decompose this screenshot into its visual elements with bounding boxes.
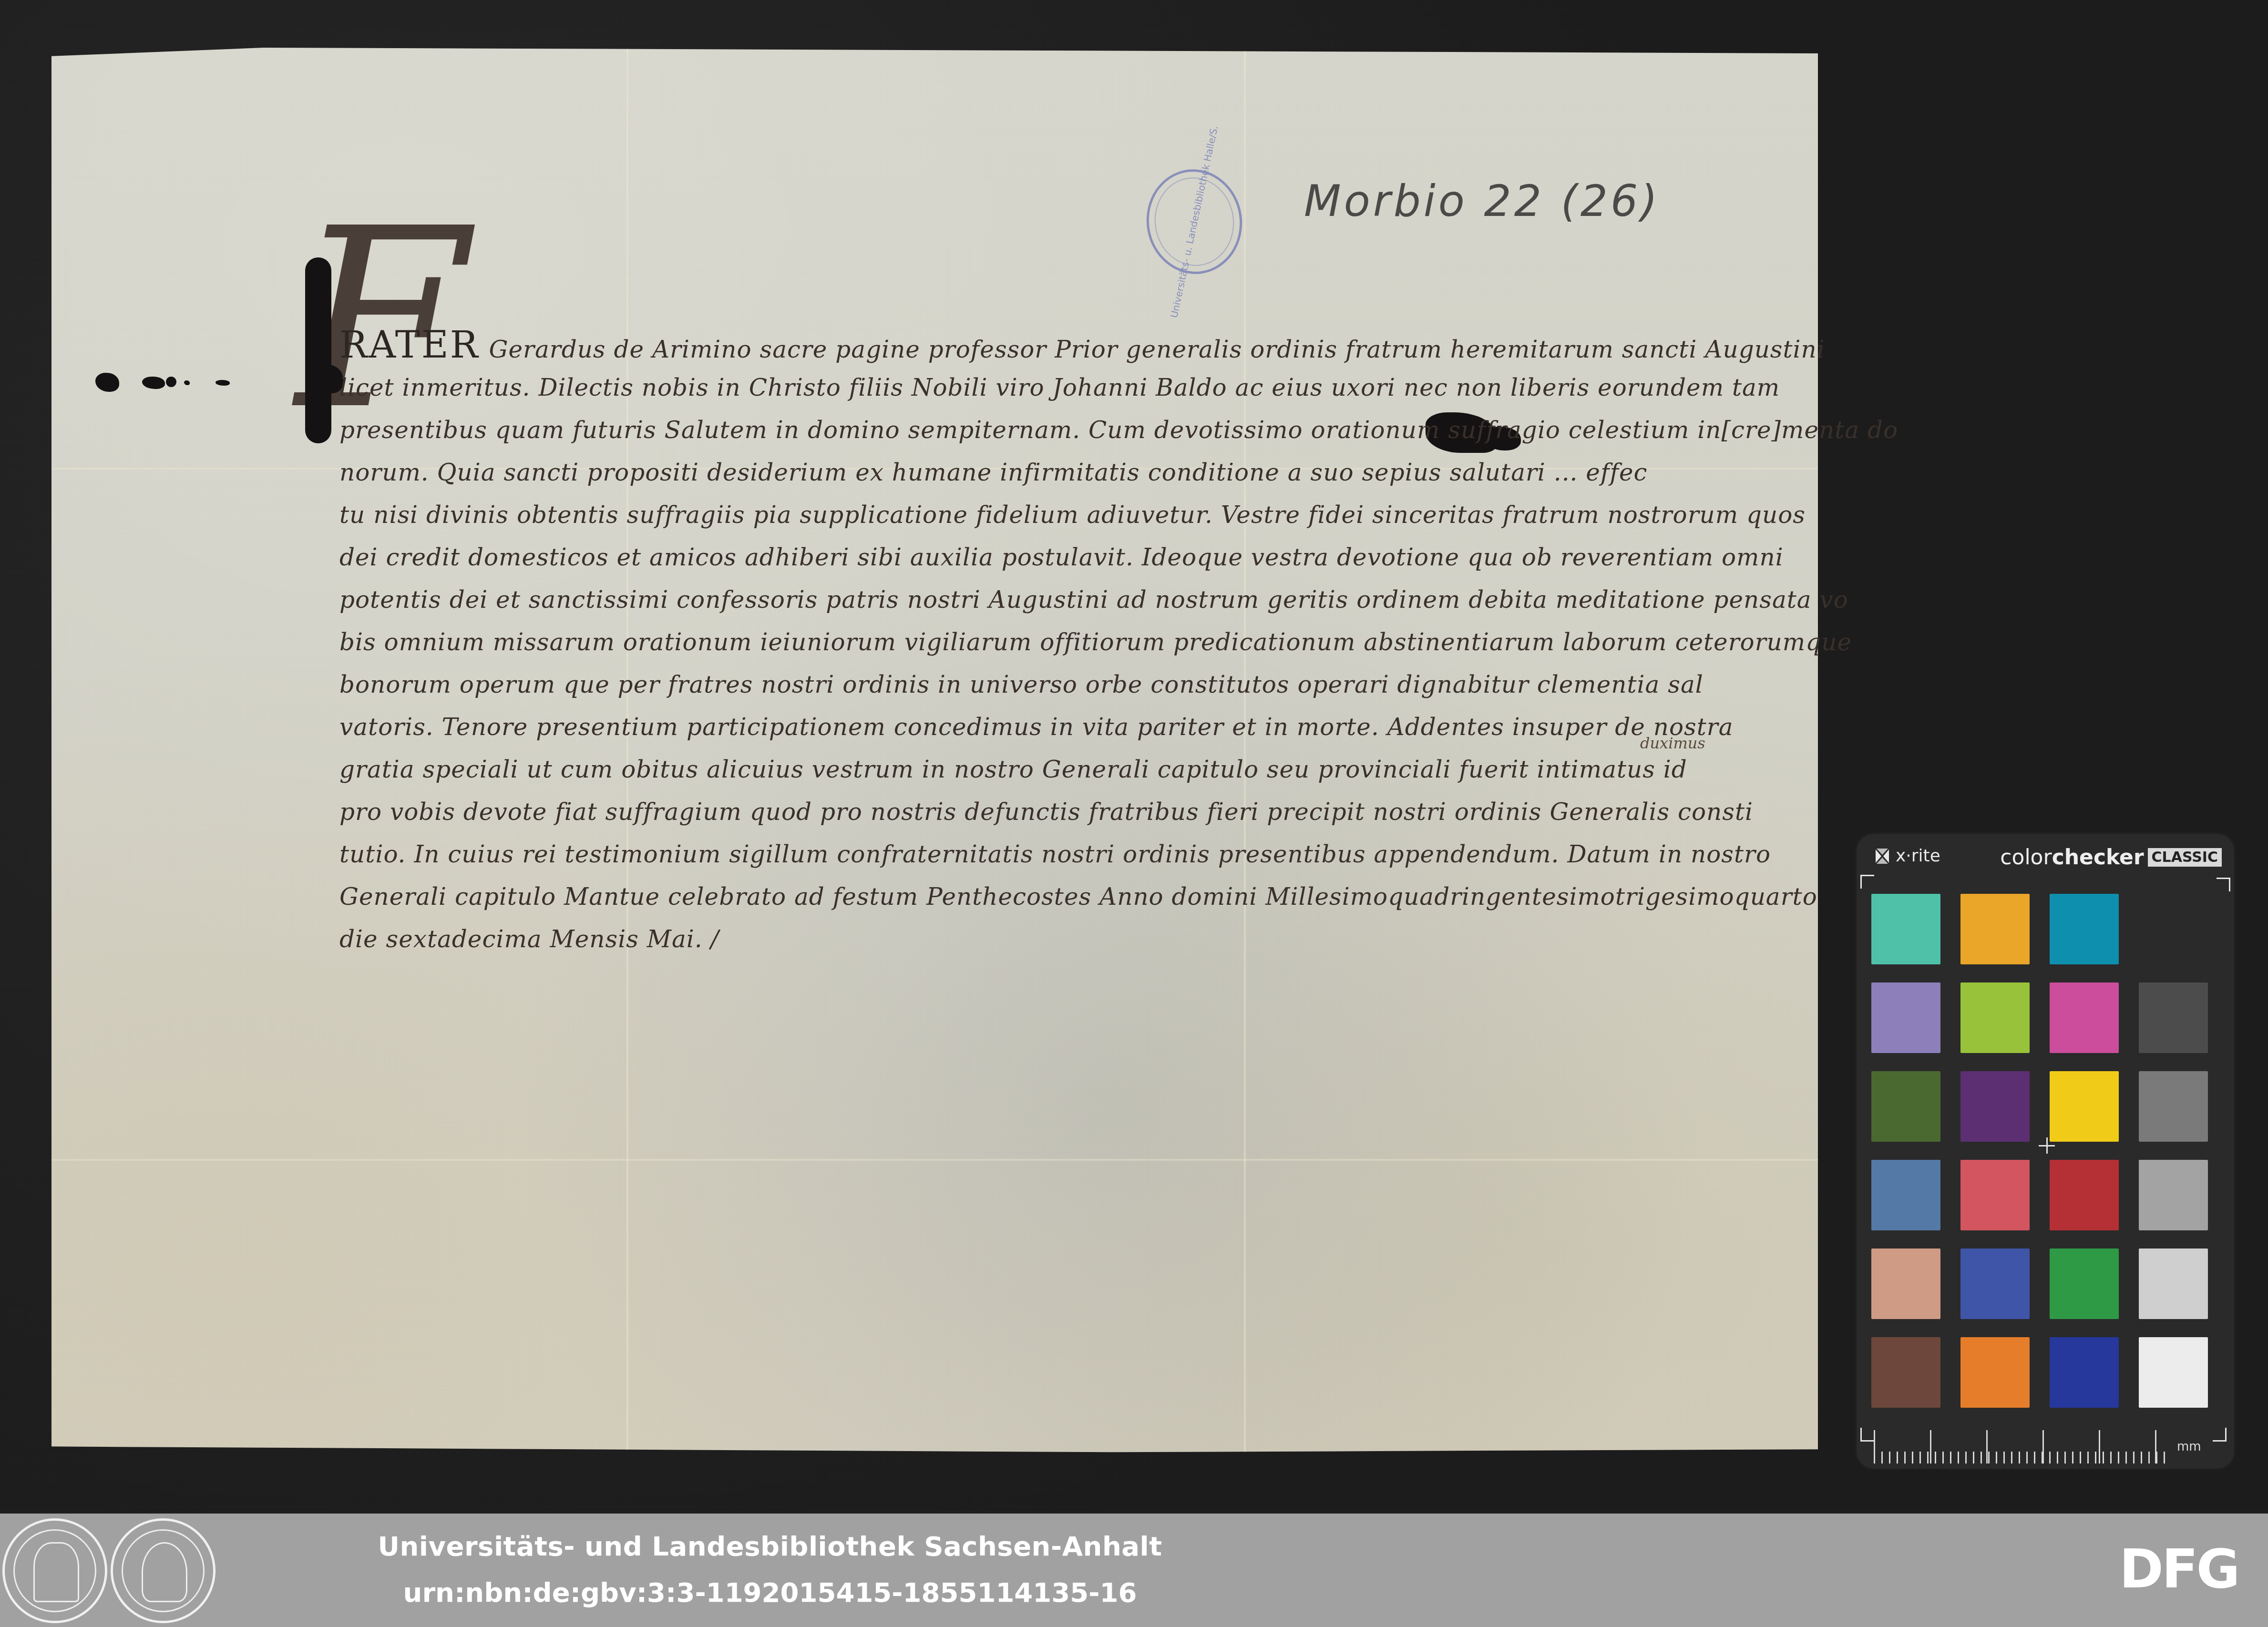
- product-name-light: color: [2000, 845, 2052, 870]
- manuscript-line: norum. Quia sancti propositi desiderium …: [339, 451, 1617, 494]
- fold-line: [51, 1158, 1818, 1161]
- manuscript-line: vatoris. Tenore presentium participation…: [339, 706, 1617, 748]
- ruler-major-tick: [2155, 1430, 2156, 1463]
- product-name-bold: checker: [2052, 845, 2144, 870]
- manuscript-line: pro vobis devote fiat suffragium quod pr…: [339, 791, 1617, 833]
- mm-ruler: [1874, 1442, 2169, 1463]
- color-patch: [2139, 1160, 2208, 1230]
- manuscript-line: bis omnium missarum orationum ieiuniorum…: [339, 621, 1617, 664]
- manuscript-line: tutio. In cuius rei testimonium sigillum…: [339, 833, 1617, 876]
- ruler-major-tick: [1986, 1430, 1988, 1463]
- color-patch: [1871, 1337, 1940, 1408]
- ink-blot: [305, 257, 331, 443]
- ruler-unit-label: mm: [2177, 1440, 2201, 1454]
- color-patch: [1871, 894, 1940, 964]
- institution-name: Universitäts- und Landesbibliothek Sachs…: [0, 1531, 1540, 1562]
- shelfmark-annotation: Morbio 22 (26): [1304, 176, 1660, 226]
- margin-note: duximus: [1640, 734, 1705, 752]
- manuscript-line: die sextadecima Mensis Mai. /: [339, 918, 1617, 961]
- color-patch: [2050, 894, 2119, 964]
- manuscript-line: gratia speciali ut cum obitus alicuius v…: [339, 748, 1617, 791]
- color-patch: [2050, 982, 2119, 1053]
- ink-blot: [166, 377, 176, 387]
- color-patch: [2139, 1248, 2208, 1319]
- ink-blot: [184, 380, 190, 385]
- manuscript-line: dei credit domesticos et amicos adhiberi…: [339, 536, 1617, 579]
- corner-mark-icon: [1860, 875, 1874, 889]
- xrite-brand: x·rite: [1874, 846, 1940, 866]
- manuscript-line: potentis dei et sanctissimi confessoris …: [339, 579, 1617, 621]
- urn-identifier: urn:nbn:de:gbv:3:3-1192015415-1855114135…: [0, 1577, 1540, 1608]
- color-patch: [1960, 1337, 2030, 1408]
- ruler-major-tick: [1930, 1430, 1931, 1463]
- color-patch: [1871, 1248, 1940, 1319]
- footer-bar: Universitäts- und Landesbibliothek Sachs…: [0, 1514, 2268, 1627]
- color-patch: [1960, 894, 2030, 964]
- ruler-major-tick: [1874, 1430, 1875, 1463]
- color-patch: [1871, 1071, 1940, 1142]
- color-patch: [2139, 1337, 2208, 1408]
- manuscript-text: RATERGerardus de Arimino sacre pagine pr…: [339, 324, 1617, 961]
- manuscript-lead-word: RATER: [339, 324, 479, 367]
- ruler-major-tick: [2099, 1430, 2100, 1463]
- manuscript-line: licet inmeritus. Dilectis nobis in Chris…: [339, 367, 1617, 409]
- color-patch: [1871, 982, 1940, 1053]
- ruler-major-tick: [2042, 1430, 2044, 1463]
- xrite-logo-icon: [1874, 848, 1891, 865]
- corner-mark-icon: [1860, 1428, 1874, 1442]
- color-patch: [2139, 982, 2208, 1053]
- manuscript-line: Generali capitulo Mantue celebrato ad fe…: [339, 876, 1617, 918]
- manuscript-line: tu nisi divinis obtentis suffragiis pia …: [339, 494, 1617, 536]
- manuscript-line: RATERGerardus de Arimino sacre pagine pr…: [339, 324, 1617, 367]
- corner-mark-icon: [2213, 1428, 2227, 1442]
- classic-badge: CLASSIC: [2148, 848, 2222, 867]
- color-patch: [2050, 1071, 2119, 1142]
- manuscript-line: presentibus quam futuris Salutem in domi…: [339, 409, 1617, 451]
- color-patch: [2050, 1248, 2119, 1319]
- color-patch: [1960, 1071, 2030, 1142]
- color-patch: [1960, 1160, 2030, 1230]
- crosshair-icon: [2039, 1137, 2055, 1154]
- dfg-logo-icon: DFG: [2119, 1543, 2238, 1596]
- color-patch: [2139, 1071, 2208, 1142]
- manuscript-line: bonorum operum que per fratres nostri or…: [339, 664, 1617, 706]
- color-patch: [1960, 1248, 2030, 1319]
- color-patch: [2050, 1160, 2119, 1230]
- colorchecker-product-name: colorchecker CLASSIC: [2000, 845, 2222, 870]
- color-patch: [2139, 894, 2208, 964]
- xrite-brand-label: x·rite: [1896, 846, 1940, 866]
- manuscript-line-text: Gerardus de Arimino sacre pagine profess…: [489, 336, 1825, 363]
- corner-mark-icon: [2217, 878, 2230, 891]
- color-patch: [1871, 1160, 1940, 1230]
- color-patch: [1960, 982, 2030, 1053]
- color-patch: [2050, 1337, 2119, 1408]
